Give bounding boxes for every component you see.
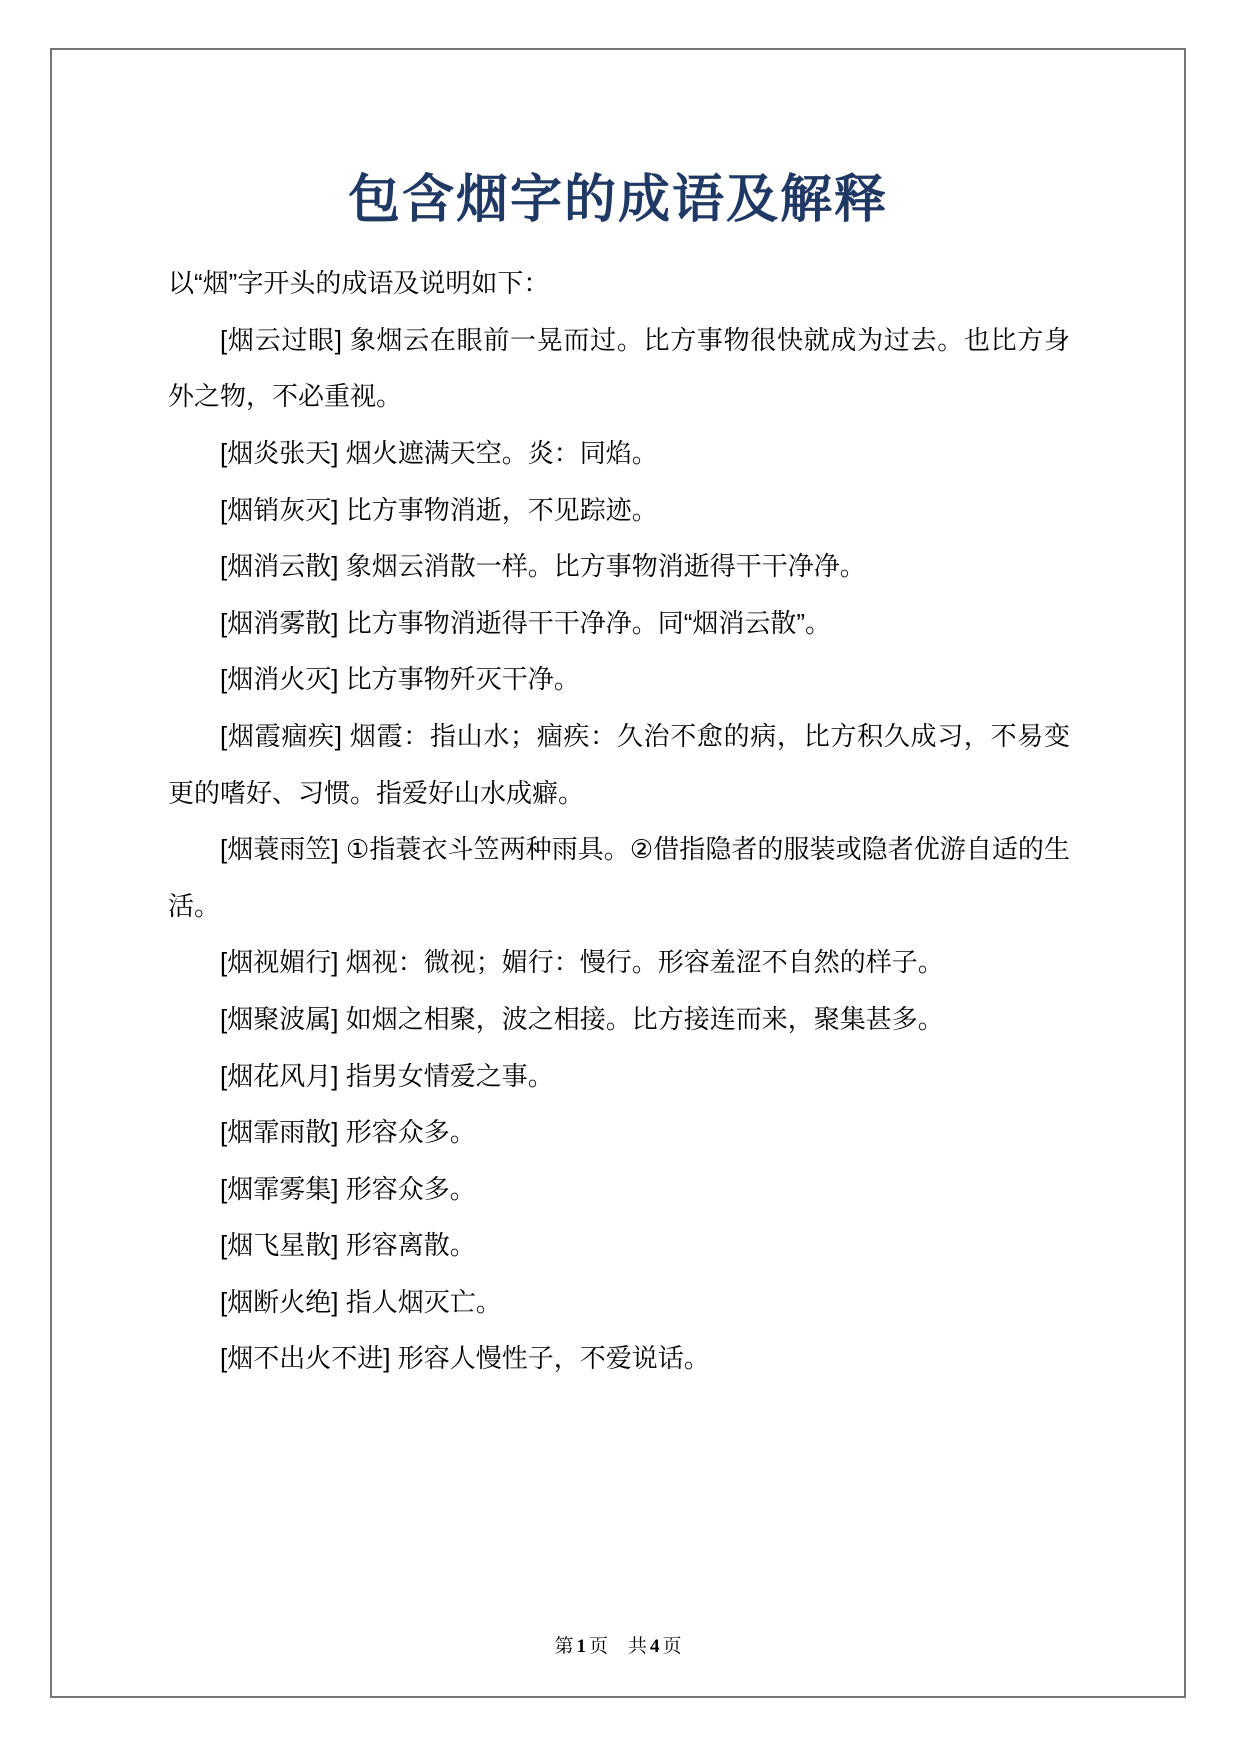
idiom-definition: 比方事物歼灭干净。	[346, 664, 580, 694]
idiom-entry: [烟飞星散] 形容离散。	[168, 1217, 1070, 1274]
idiom-term: [烟炎张天]	[220, 438, 338, 468]
idiom-entry: [烟蓑雨笠] ①指蓑衣斗笠两种雨具。②借指隐者的服装或隐者优游自适的生活。	[168, 821, 1070, 934]
footer-total-prefix: 共	[628, 1636, 647, 1657]
idiom-term: [烟花风月]	[220, 1061, 338, 1091]
footer-page-number: 1	[576, 1636, 586, 1657]
idiom-term: [烟消雾散]	[220, 608, 338, 638]
idiom-definition: 如烟之相聚，波之相接。比方接连而来，聚集甚多。	[346, 1004, 944, 1034]
idiom-list: [烟云过眼] 象烟云在眼前一晃而过。比方事物很快就成为过去。也比方身外之物，不必…	[168, 312, 1070, 1387]
idiom-term: [烟视媚行]	[220, 947, 338, 977]
idiom-entry: [烟不出火不进] 形容人慢性子，不爱说话。	[168, 1330, 1070, 1387]
footer-page-unit: 页	[589, 1636, 608, 1657]
footer-total-number: 4	[650, 1636, 660, 1657]
intro-line: 以“烟”字开头的成语及说明如下：	[168, 255, 1070, 312]
idiom-term: [烟霏雾集]	[220, 1174, 338, 1204]
idiom-entry: [烟霏雾集] 形容众多。	[168, 1161, 1070, 1218]
idiom-definition: 形容人慢性子，不爱说话。	[398, 1343, 710, 1373]
idiom-definition: 烟火遮满天空。炎：同焰。	[346, 438, 658, 468]
idiom-entry: [烟炎张天] 烟火遮满天空。炎：同焰。	[168, 425, 1070, 482]
idiom-entry: [烟花风月] 指男女情爱之事。	[168, 1048, 1070, 1105]
idiom-definition: 象烟云消散一样。比方事物消逝得干干净净。	[346, 551, 866, 581]
idiom-term: [烟不出火不进]	[220, 1343, 390, 1373]
document-canvas: 包含烟字的成语及解释 以“烟”字开头的成语及说明如下： [烟云过眼] 象烟云在眼…	[0, 0, 1240, 1753]
idiom-definition: 指男女情爱之事。	[346, 1061, 554, 1091]
idiom-definition: 指人烟灭亡。	[346, 1287, 502, 1317]
idiom-definition: 形容离散。	[346, 1230, 476, 1260]
idiom-definition: 烟视：微视；媚行：慢行。形容羞涩不自然的样子。	[346, 947, 944, 977]
idiom-definition: 比方事物消逝得干干净净。同“烟消云散”。	[346, 608, 831, 638]
idiom-entry: [烟视媚行] 烟视：微视；媚行：慢行。形容羞涩不自然的样子。	[168, 934, 1070, 991]
idiom-entry: [烟聚波属] 如烟之相聚，波之相接。比方接连而来，聚集甚多。	[168, 991, 1070, 1048]
idiom-entry: [烟消云散] 象烟云消散一样。比方事物消逝得干干净净。	[168, 538, 1070, 595]
footer-page-prefix: 第	[554, 1636, 573, 1657]
idiom-term: [烟蓑雨笠]	[220, 834, 339, 864]
idiom-entry: [烟消火灭] 比方事物歼灭干净。	[168, 651, 1070, 708]
page-border: 包含烟字的成语及解释 以“烟”字开头的成语及说明如下： [烟云过眼] 象烟云在眼…	[50, 48, 1186, 1698]
idiom-term: [烟飞星散]	[220, 1230, 338, 1260]
idiom-entry: [烟霞痼疾] 烟霞：指山水；痼疾：久治不愈的病，比方积久成习，不易变更的嗜好、习…	[168, 708, 1070, 821]
idiom-term: [烟霞痼疾]	[220, 721, 342, 751]
document-body: 以“烟”字开头的成语及说明如下： [烟云过眼] 象烟云在眼前一晃而过。比方事物很…	[168, 255, 1070, 1387]
idiom-term: [烟断火绝]	[220, 1287, 338, 1317]
idiom-definition: 比方事物消逝，不见踪迹。	[346, 495, 658, 525]
idiom-term: [烟聚波属]	[220, 1004, 338, 1034]
idiom-term: [烟消火灭]	[220, 664, 338, 694]
idiom-definition: 形容众多。	[346, 1174, 476, 1204]
idiom-definition: 形容众多。	[346, 1117, 476, 1147]
page-title: 包含烟字的成语及解释	[52, 172, 1184, 229]
idiom-entry: [烟消雾散] 比方事物消逝得干干净净。同“烟消云散”。	[168, 595, 1070, 652]
idiom-term: [烟霏雨散]	[220, 1117, 338, 1147]
page-footer: 第1页共4页	[52, 1631, 1184, 1658]
idiom-term: [烟销灰灭]	[220, 495, 338, 525]
idiom-term: [烟消云散]	[220, 551, 338, 581]
idiom-entry: [烟云过眼] 象烟云在眼前一晃而过。比方事物很快就成为过去。也比方身外之物，不必…	[168, 312, 1070, 425]
idiom-entry: [烟霏雨散] 形容众多。	[168, 1104, 1070, 1161]
idiom-entry: [烟断火绝] 指人烟灭亡。	[168, 1274, 1070, 1331]
idiom-term: [烟云过眼]	[220, 325, 342, 355]
footer-total-unit: 页	[663, 1636, 682, 1657]
idiom-entry: [烟销灰灭] 比方事物消逝，不见踪迹。	[168, 482, 1070, 539]
